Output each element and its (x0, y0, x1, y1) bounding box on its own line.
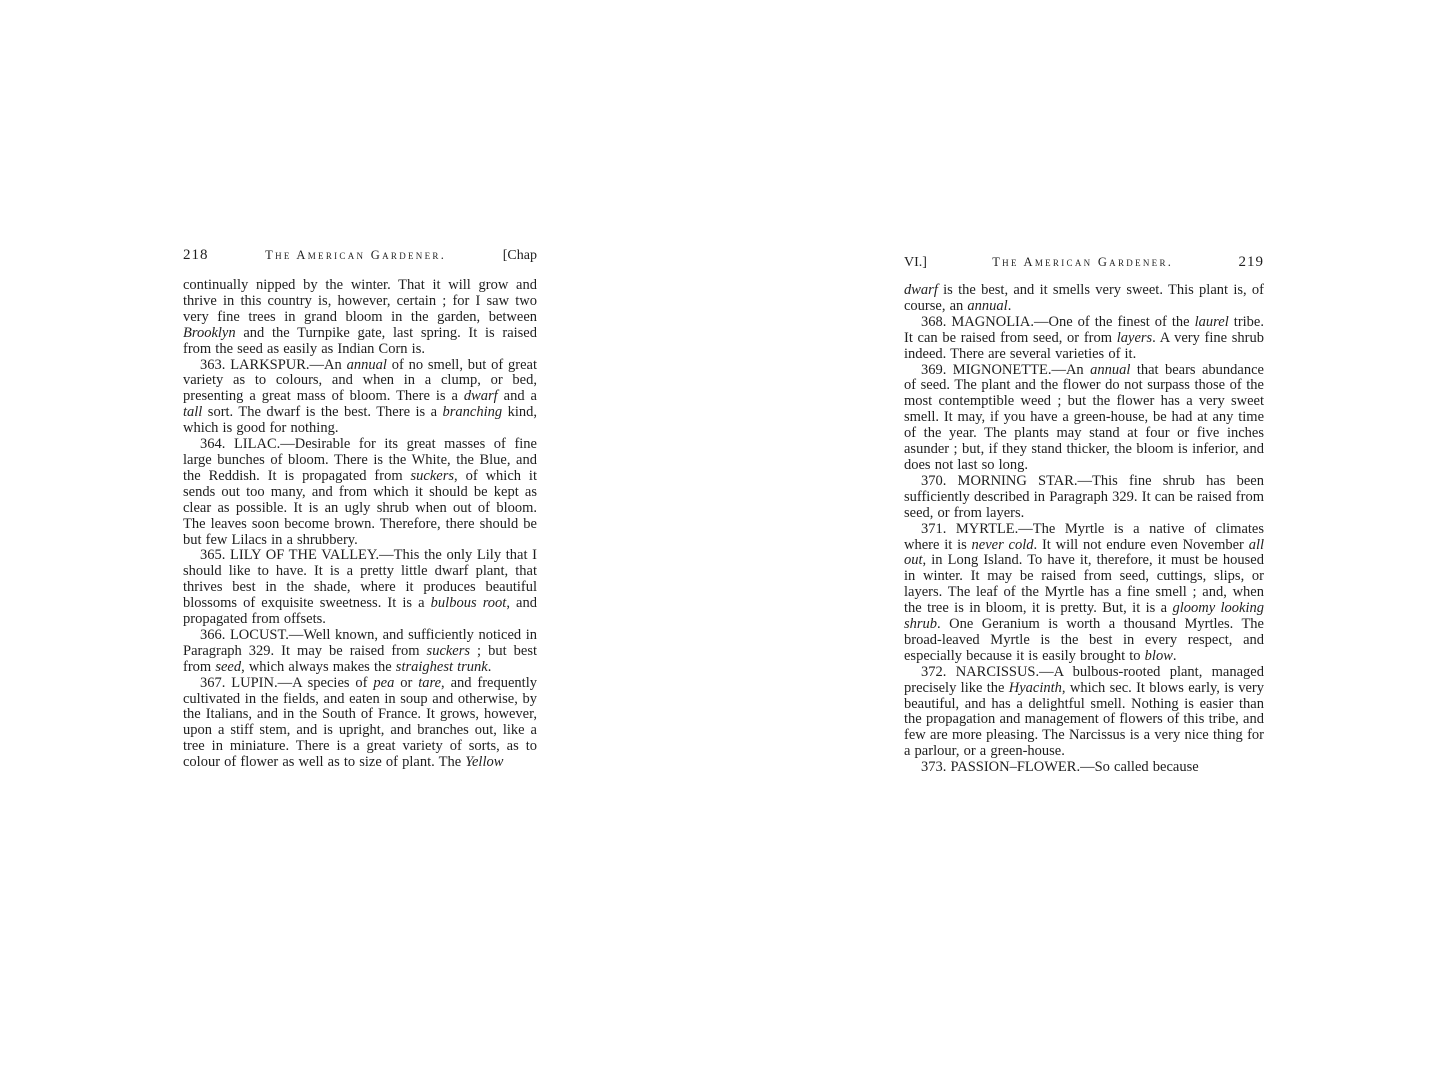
italic-text: dwarf (904, 282, 938, 298)
italic-text: dwarf (464, 388, 498, 404)
paragraph: 365. LILY OF THE VALLEY.—This the only L… (183, 548, 537, 628)
page-text-right: dwarf is the best, and it smells very sw… (904, 283, 1264, 776)
italic-text: never cold (972, 537, 1034, 553)
paragraph: dwarf is the best, and it smells very sw… (904, 283, 1264, 315)
paragraph: 372. NARCISSUS.—A bulbous-rooted plant, … (904, 665, 1264, 760)
paragraph: 363. LARKSPUR.—An annual of no smell, bu… (183, 358, 537, 438)
page-left: 218 The American Gardener. [Chap continu… (183, 247, 537, 771)
text-run: is the best, and it smells very sweet. T… (904, 282, 1264, 314)
text-run: and a (498, 388, 537, 404)
text-run: sort. The dwarf is the best. There is a (202, 404, 442, 420)
italic-text: tare (418, 675, 441, 691)
italic-text: suckers (411, 468, 455, 484)
book-scan: 218 The American Gardener. [Chap continu… (0, 0, 1445, 1084)
italic-text: layers (1117, 330, 1152, 346)
italic-text: straighest trunk (396, 659, 488, 675)
paragraph: 368. MAGNOLIA.—One of the finest of the … (904, 315, 1264, 363)
page-header-right: VI.] The American Gardener. 219 (904, 254, 1264, 271)
paragraph: 373. PASSION–FLOWER.—So called because (904, 760, 1264, 776)
text-run: 367. LUPIN.—A species of (200, 675, 373, 691)
text-run: 370. MORNING STAR.—This fine shrub has b… (904, 473, 1264, 521)
page-header-left: 218 The American Gardener. [Chap (183, 247, 537, 264)
text-run: or (394, 675, 418, 691)
chapter-marker-left: [Chap (503, 248, 537, 264)
text-run: . It will not endure even November (1034, 537, 1249, 553)
italic-text: tall (183, 404, 202, 420)
text-run: . (1008, 298, 1012, 314)
italic-text: branching (443, 404, 503, 420)
paragraph: 367. LUPIN.—A species of pea or tare, an… (183, 676, 537, 771)
text-run: that bears abundance of seed. The plant … (904, 362, 1264, 473)
text-run: 363. LARKSPUR.—An (200, 357, 347, 373)
running-title-right: The American Gardener. (992, 255, 1173, 270)
text-run: , which always makes the (241, 659, 396, 675)
italic-text: Yellow (465, 754, 503, 770)
text-run: continually nipped by the winter. That i… (183, 277, 537, 325)
italic-text: annual (1090, 362, 1130, 378)
italic-text: suckers (427, 643, 471, 659)
chapter-marker-right: VI.] (904, 255, 927, 271)
text-run: 368. MAGNOLIA.—One of the finest of the (921, 314, 1195, 330)
italic-text: pea (373, 675, 394, 691)
paragraph: 371. MYRTLE.—The Myrtle is a native of c… (904, 522, 1264, 665)
italic-text: seed (215, 659, 241, 675)
paragraph: 364. LILAC.—Desirable for its great mass… (183, 437, 537, 548)
page-text-left: continually nipped by the winter. That i… (183, 278, 537, 771)
paragraph: 370. MORNING STAR.—This fine shrub has b… (904, 474, 1264, 522)
italic-text: bulbous root (431, 595, 507, 611)
paragraph: continually nipped by the winter. That i… (183, 278, 537, 358)
text-run: . (1173, 648, 1177, 664)
page-number-left: 218 (183, 247, 209, 264)
italic-text: Brooklyn (183, 325, 236, 341)
text-run: 373. PASSION–FLOWER.—So called because (921, 759, 1199, 775)
text-run: and the Turnpike gate, last spring. It i… (183, 325, 537, 357)
paragraph: 369. MIGNONETTE.—An annual that bears ab… (904, 363, 1264, 474)
page-number-right: 219 (1238, 254, 1264, 271)
page-right: VI.] The American Gardener. 219 dwarf is… (904, 254, 1264, 776)
italic-text: laurel (1195, 314, 1229, 330)
italic-text: annual (967, 298, 1007, 314)
running-title-left: The American Gardener. (265, 248, 446, 263)
italic-text: Hyacinth (1009, 680, 1062, 696)
text-run: . One Geranium is worth a thousand Myrtl… (904, 616, 1264, 664)
italic-text: blow (1145, 648, 1173, 664)
italic-text: annual (347, 357, 387, 373)
paragraph: 366. LOCUST.—Well known, and sufficientl… (183, 628, 537, 676)
text-run: . (488, 659, 492, 675)
text-run: 369. MIGNONETTE.—An (921, 362, 1090, 378)
